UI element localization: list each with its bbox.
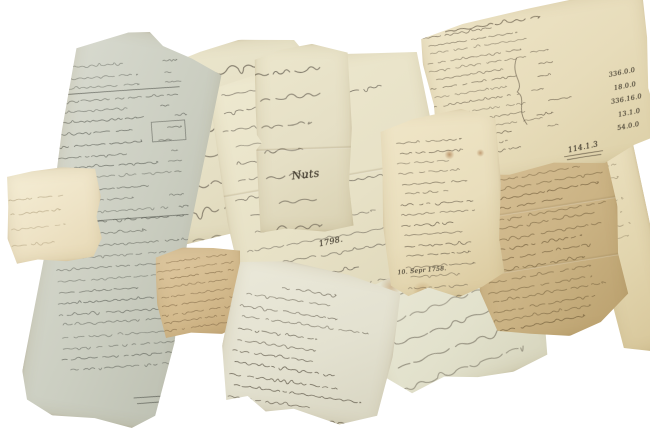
handwriting-lines [3,165,105,265]
document-scrap-pale-left [3,165,105,265]
handwriting-lines [254,43,353,233]
document-silver-plate-inventory: 10. Sepr 1758. [377,107,507,301]
document-front-script-sheet: Nuts [254,43,353,233]
manuscripts-photo: Soup1798.336.0.018.0.0336.16.013.1.054.0… [0,0,650,445]
